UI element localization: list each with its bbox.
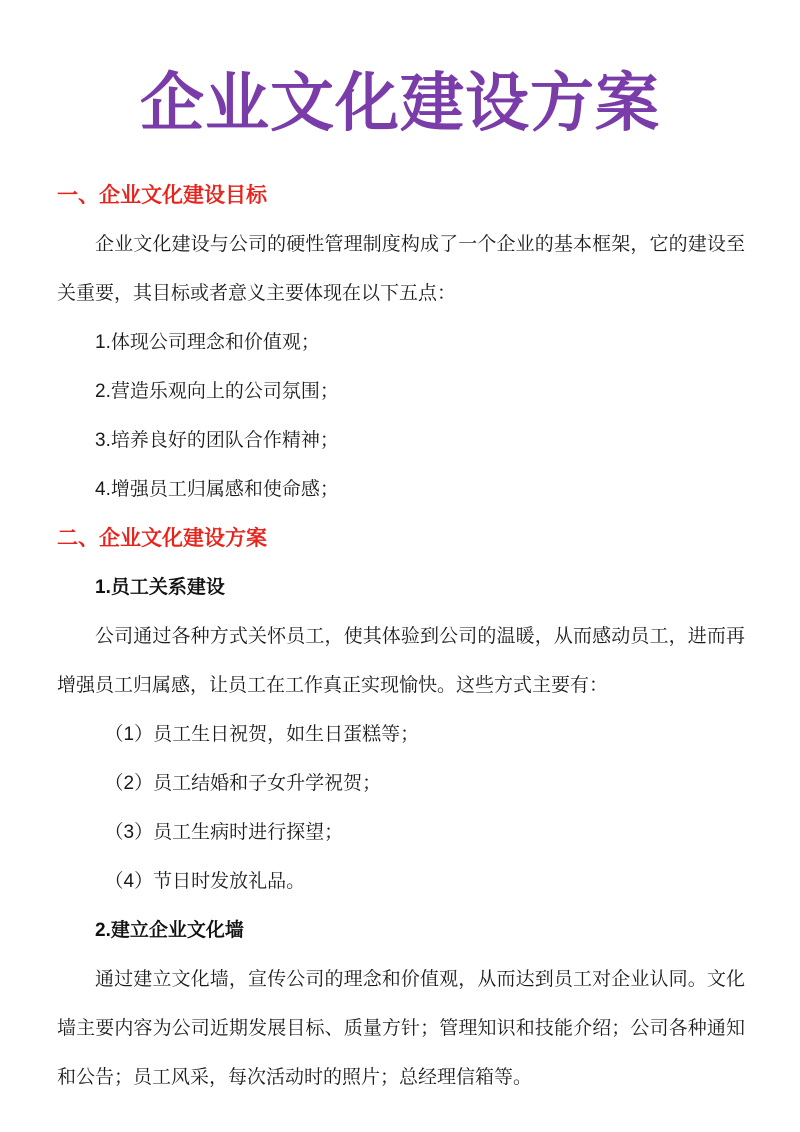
list-item-method-2: （2）员工结婚和子女升学祝贺； xyxy=(57,759,745,808)
list-item-goal-4: 4.增强员工归属感和使命感； xyxy=(57,465,745,514)
section-1-paragraph: 企业文化建设与公司的硬性管理制度构成了一个企业的基本框架，它的建设至关重要，其目… xyxy=(57,220,745,318)
list-item-method-4: （4）节日时发放礼品。 xyxy=(57,857,745,906)
list-item-goal-1: 1.体现公司理念和价值观； xyxy=(57,318,745,367)
document-page: 企业文化建设方案 一、企业文化建设目标 企业文化建设与公司的硬性管理制度构成了一… xyxy=(0,0,800,1132)
section-1-heading: 一、企业文化建设目标 xyxy=(57,171,745,220)
list-item-goal-2: 2.营造乐观向上的公司氛围； xyxy=(57,367,745,416)
section-2-heading: 二、企业文化建设方案 xyxy=(57,514,745,563)
subsection-1-heading: 1.员工关系建设 xyxy=(57,563,745,612)
subsection-2-paragraph: 通过建立文化墙，宣传公司的理念和价值观，从而达到员工对企业认同。文化墙主要内容为… xyxy=(57,955,745,1102)
list-item-method-3: （3）员工生病时进行探望； xyxy=(57,808,745,857)
document-title: 企业文化建设方案 xyxy=(0,62,800,145)
subsection-2-heading: 2.建立企业文化墙 xyxy=(57,906,745,955)
list-item-goal-3: 3.培养良好的团队合作精神； xyxy=(57,416,745,465)
list-item-method-1: （1）员工生日祝贺，如生日蛋糕等； xyxy=(57,710,745,759)
subsection-1-paragraph: 公司通过各种方式关怀员工，使其体验到公司的温暖，从而感动员工，进而再增强员工归属… xyxy=(57,612,745,710)
